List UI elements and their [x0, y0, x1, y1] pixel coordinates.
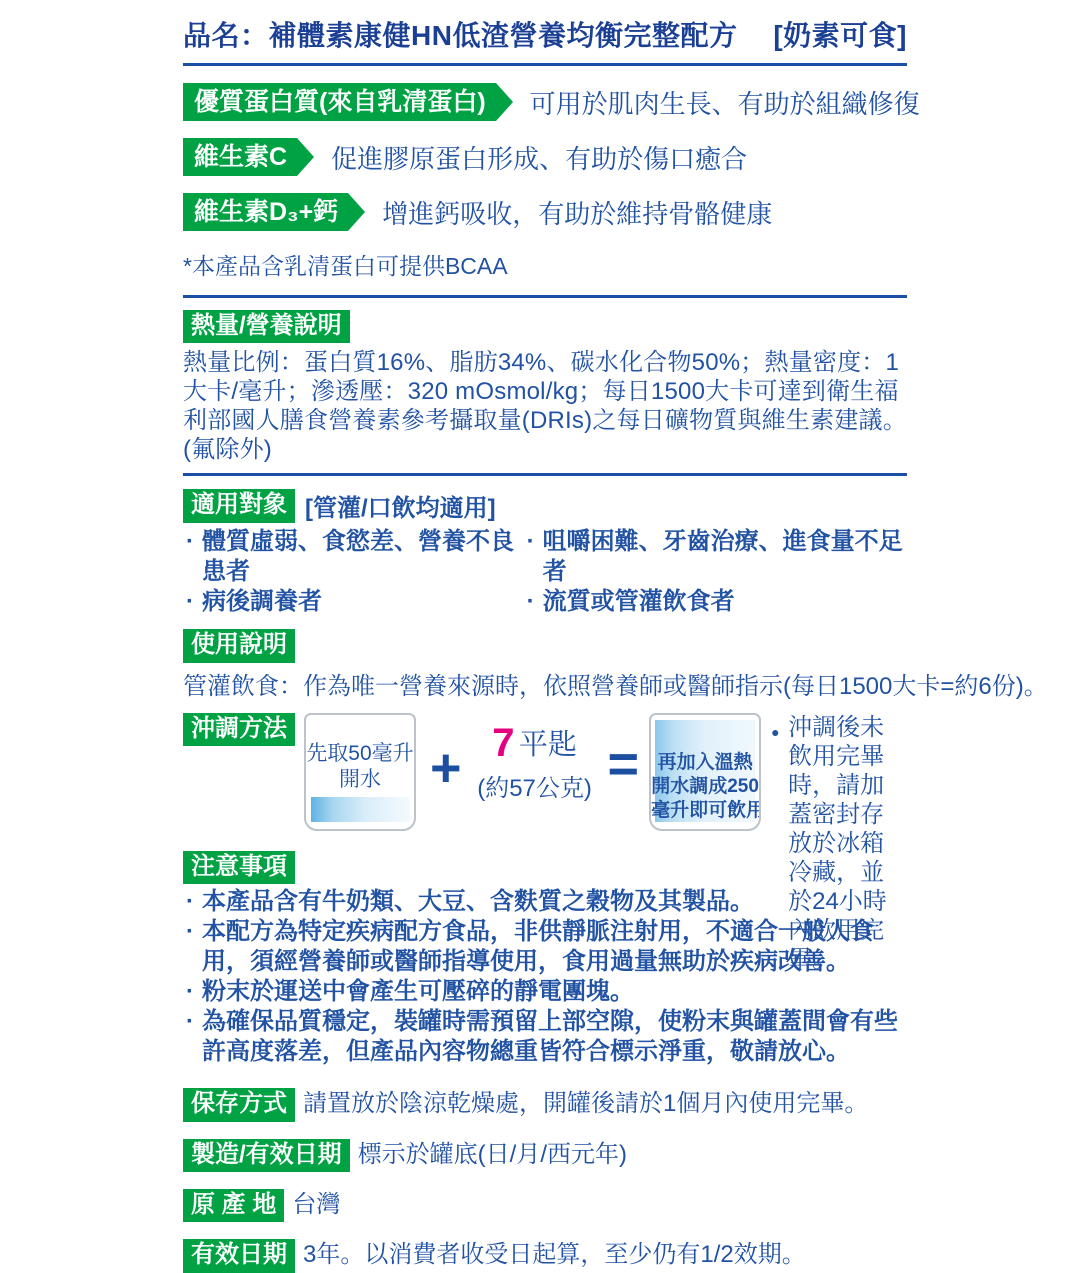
product-title: 品名：補體素康健HN低渣營養均衡完整配方: [183, 14, 737, 54]
water-level-graphic: [311, 797, 410, 822]
vitamin-d-calcium-badge: 維生素D₃+鈣: [183, 193, 348, 231]
usage-heading: 使用說明: [183, 629, 295, 662]
feature-row-protein: 優質蛋白質(來自乳清蛋白) 可用於肌肉生長、有助於組織修復: [183, 83, 907, 121]
audience-item: 體質虛弱、食慾差、營養不良患者: [183, 527, 524, 587]
scoop-weight: (約57公克): [474, 768, 596, 803]
protein-badge: 優質蛋白質(來自乳清蛋白): [183, 83, 496, 121]
nutrition-body: 熱量比例：蛋白質16%、脂肪34%、碳水化合物50%；熱量密度：1大卡/毫升；滲…: [183, 348, 907, 464]
audience-column-2: 咀嚼困難、牙齒治療、進食量不足者 流質或管灌飲食者: [524, 527, 907, 617]
water-cup-illustration: 先取50毫升 開水: [304, 713, 416, 831]
scoop-unit: 平匙: [519, 729, 577, 761]
cup1-line2: 開水: [306, 767, 414, 793]
audience-heading: 適用對象: [183, 489, 295, 522]
notice-item: 粉末於運送中會產生可壓碎的靜電團塊。: [183, 977, 907, 1007]
divider: [183, 473, 907, 476]
diet-tag: [奶素可食]: [773, 14, 907, 54]
notice-item: 為確保品質穩定，裝罐時需預留上部空隙，使粉末與罐蓋間會有些許高度落差，但產品內容…: [183, 1007, 907, 1067]
product-label: 品名：補體素康健HN低渣營養均衡完整配方 [奶素可食] 優質蛋白質(來自乳清蛋白…: [183, 14, 907, 1080]
feature-row-vitd: 維生素D₃+鈣 增進鈣吸收，有助於維持骨骼健康: [183, 193, 907, 231]
cup1-label: 先取50毫升 開水: [306, 715, 414, 793]
protein-benefit: 可用於肌肉生長、有助於組織修復: [530, 84, 920, 121]
bcaa-footnote: *本產品含乳清蛋白可提供BCAA: [183, 248, 907, 281]
mixing-section: 沖調方法 先取50毫升 開水 + 7 平匙 (約57公克) = 再加入溫熱 開水…: [183, 713, 907, 835]
nutrition-section: 熱量/營養說明 熱量比例：蛋白質16%、脂肪34%、碳水化合物50%；熱量密度：…: [183, 310, 907, 464]
cup2-label: 再加入溫熱 開水調成250 毫升即可飲用: [651, 715, 759, 823]
plus-sign: +: [430, 741, 462, 795]
notices-heading: 注意事項: [183, 851, 295, 884]
notice-item: 本產品含有牛奶類、大豆、含麩質之穀物及其製品。: [183, 887, 907, 917]
vitamin-c-badge: 維生素C: [183, 138, 297, 176]
audience-header: 適用對象 [管灌/口飲均適用]: [183, 488, 907, 523]
mixing-heading: 沖調方法: [183, 713, 295, 746]
audience-item: 咀嚼困難、牙齒治療、進食量不足者: [524, 527, 907, 587]
audience-columns: 體質虛弱、食慾差、營養不良患者 病後調養者 咀嚼困難、牙齒治療、進食量不足者 流…: [183, 527, 907, 617]
usage-section: 使用說明 管灌飲食：作為唯一營養來源時，依照營養師或醫師指示(每日1500大卡=…: [183, 629, 907, 700]
audience-column-1: 體質虛弱、食慾差、營養不良患者 病後調養者: [183, 527, 524, 617]
equals-sign: =: [608, 737, 640, 791]
scoop-amount: 7 平匙 (約57公克): [474, 721, 596, 803]
divider: [183, 63, 907, 66]
cup2-line1: 再加入溫熱: [651, 751, 759, 775]
audience-item: 病後調養者: [183, 587, 524, 617]
audience-item: 流質或管灌飲食者: [524, 587, 907, 617]
divider: [183, 295, 907, 298]
vitamin-c-benefit: 促進膠原蛋白形成、有助於傷口癒合: [331, 139, 747, 176]
header: 品名：補體素康健HN低渣營養均衡完整配方 [奶素可食]: [183, 14, 907, 54]
notice-list: 本產品含有牛奶類、大豆、含麩質之穀物及其製品。 本配方為特定疾病配方食品，非供靜…: [183, 887, 907, 1067]
scoop-number: 7: [492, 721, 514, 765]
notice-item-warning: 本配方為特定疾病配方食品，非供靜脈注射用，不適合一般人食用，須經營養師或醫師指導…: [183, 917, 907, 977]
audience-subheading: [管灌/口飲均適用]: [305, 488, 496, 523]
cup2-line2: 開水調成250: [651, 775, 759, 799]
cup2-line3: 毫升即可飲用: [651, 799, 759, 823]
filled-cup-illustration: 再加入溫熱 開水調成250 毫升即可飲用: [649, 713, 761, 831]
nutrition-heading: 熱量/營養說明: [183, 310, 350, 343]
cup1-line1: 先取50毫升: [306, 741, 414, 767]
feature-row-vitc: 維生素C 促進膠原蛋白形成、有助於傷口癒合: [183, 138, 907, 176]
usage-body: 管灌飲食：作為唯一營養來源時，依照營養師或醫師指示(每日1500大卡=約6份)。: [183, 666, 907, 701]
vitamin-d-calcium-benefit: 增進鈣吸收，有助於維持骨骼健康: [382, 194, 772, 231]
audience-section: 適用對象 [管灌/口飲均適用] 體質虛弱、食慾差、營養不良患者 病後調養者 咀嚼…: [183, 488, 907, 617]
